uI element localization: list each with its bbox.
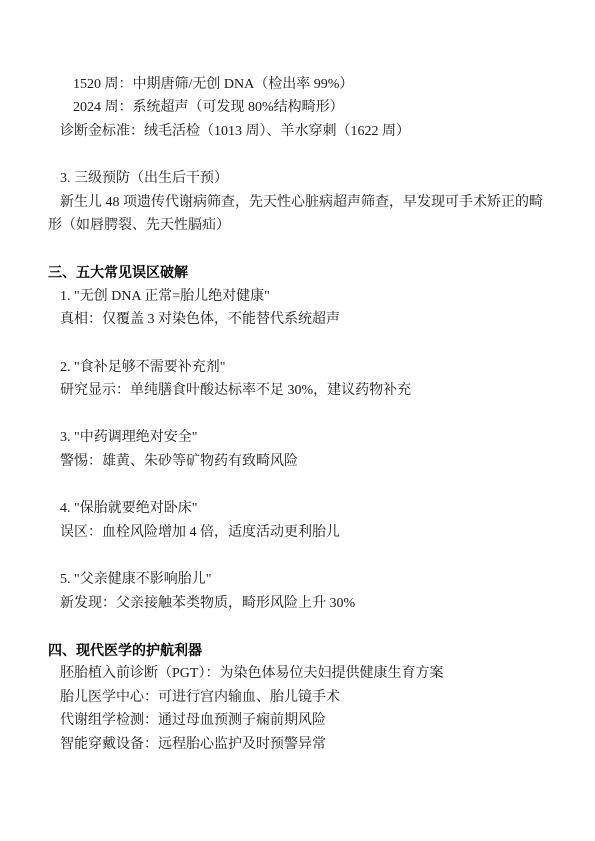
doc-line-myth-5-finding: 新发现：父亲接触苯类物质，畸形风险上升 30% (48, 592, 547, 615)
doc-line-tertiary-prevention: 3. 三级预防（出生后干预） (48, 167, 547, 190)
doc-line-myth-4-mistake: 误区：血栓风险增加 4 倍，适度活动更利胎儿 (48, 521, 547, 544)
document-body: 1520 周：中期唐筛/无创 DNA（检出率 99%） 2024 周：系统超声（… (48, 73, 547, 756)
doc-line-pgt: 胚胎植入前诊断（PGT）：为染色体易位夫妇提供健康生育方案 (48, 662, 547, 685)
doc-paragraph-newborn-screening: 新生儿 48 项遗传代谢病筛查，先天性心脏病超声筛查，早发现可手术矫正的畸形（如… (48, 191, 547, 238)
doc-line-metabolomics-testing: 代谢组学检测：通过母血预测子痫前期风险 (48, 709, 547, 732)
doc-line-screening-15-20-weeks: 1520 周：中期唐筛/无创 DNA（检出率 99%） (48, 73, 547, 96)
doc-line-myth-2-research: 研究显示：单纯膳食叶酸达标率不足 30%，建议药物补充 (48, 379, 547, 402)
section-heading-misconceptions: 三、五大常见误区破解 (48, 261, 547, 284)
doc-line-myth-2: 2. "食补足够不需要补充剂" (48, 356, 547, 379)
doc-line-myth-1: 1. "无创 DNA 正常=胎儿绝对健康" (48, 285, 547, 308)
doc-line-myth-3-warning: 警惕：雄黄、朱砂等矿物药有致畸风险 (48, 450, 547, 473)
doc-line-screening-20-24-weeks: 2024 周：系统超声（可发现 80%结构畸形） (48, 96, 547, 119)
document-page: 1520 周：中期唐筛/无创 DNA（检出率 99%） 2024 周：系统超声（… (0, 0, 595, 841)
doc-line-myth-4: 4. "保胎就要绝对卧床" (48, 497, 547, 520)
doc-line-diagnostic-gold-standard: 诊断金标准：绒毛活检（1013 周）、羊水穿刺（1622 周） (48, 120, 547, 143)
section-heading-modern-medicine: 四、现代医学的护航利器 (48, 639, 547, 662)
doc-line-myth-3: 3. "中药调理绝对安全" (48, 426, 547, 449)
doc-line-myth-5: 5. "父亲健康不影响胎儿" (48, 568, 547, 591)
doc-line-smart-wearables: 智能穿戴设备：远程胎心监护及时预警异常 (48, 733, 547, 756)
doc-line-myth-1-truth: 真相：仅覆盖 3 对染色体，不能替代系统超声 (48, 308, 547, 331)
doc-line-fetal-medicine-center: 胎儿医学中心：可进行宫内输血、胎儿镜手术 (48, 686, 547, 709)
